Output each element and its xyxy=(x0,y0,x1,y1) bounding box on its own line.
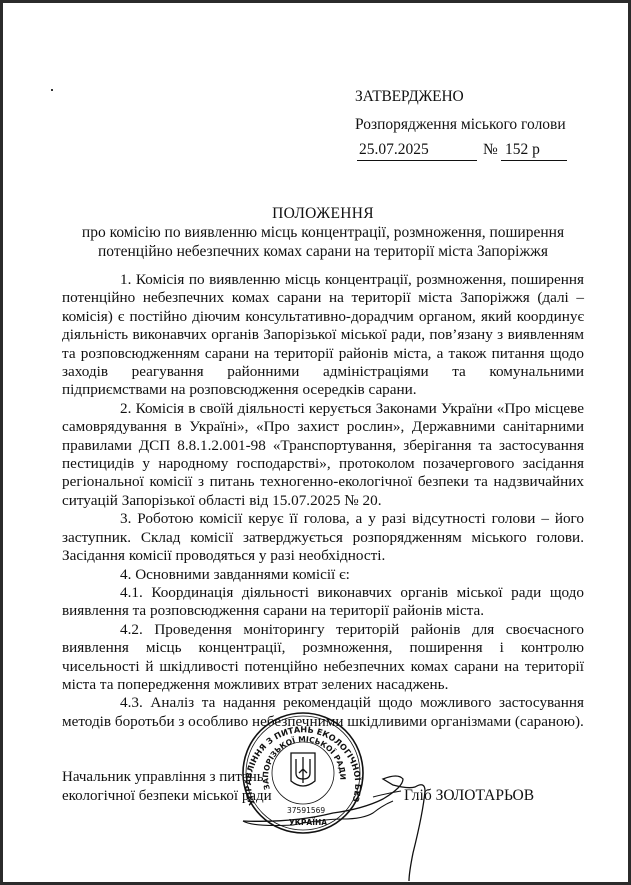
scan-speck xyxy=(51,89,53,91)
document-body: 1. Комісія по виявленню місць концентрац… xyxy=(62,271,584,731)
order-date: 25.07.2025 xyxy=(359,142,429,158)
paragraph-1: 1. Комісія по виявленню місць концентрац… xyxy=(62,271,584,400)
order-number: 152 р xyxy=(505,142,540,158)
paragraph-4-2: 4.2. Проведення моніторингу територій ра… xyxy=(62,621,584,695)
order-reference: Розпорядження міського голови xyxy=(355,117,566,133)
paragraph-2: 2. Комісія в своїй діяльності керується … xyxy=(62,400,584,510)
document-title-block: ПОЛОЖЕННЯ про комісію по виявленню місць… xyxy=(63,204,583,261)
paragraph-4: 4. Основними завданнями комісії є: xyxy=(62,566,584,584)
paragraph-4-1: 4.1. Координація діяльності виконавчих о… xyxy=(62,584,584,621)
number-sign: № xyxy=(483,142,498,158)
paragraph-3: 3. Роботою комісії керує її голова, а у … xyxy=(62,510,584,565)
document-subtitle-line-1: про комісію по виявленню місць концентра… xyxy=(63,223,583,242)
handwritten-signature xyxy=(233,773,463,883)
document-subtitle-line-2: потенційно небезпечних комах сарани на т… xyxy=(63,242,583,261)
document-heading: ПОЛОЖЕННЯ xyxy=(63,204,583,223)
date-underline xyxy=(357,160,477,161)
number-underline xyxy=(501,160,567,161)
document-page: ЗАТВЕРДЖЕНО Розпорядження міського голов… xyxy=(3,3,628,882)
order-date-number: 25.07.2025 № 152 р xyxy=(355,142,575,162)
approval-title: ЗАТВЕРДЖЕНО xyxy=(355,89,463,105)
